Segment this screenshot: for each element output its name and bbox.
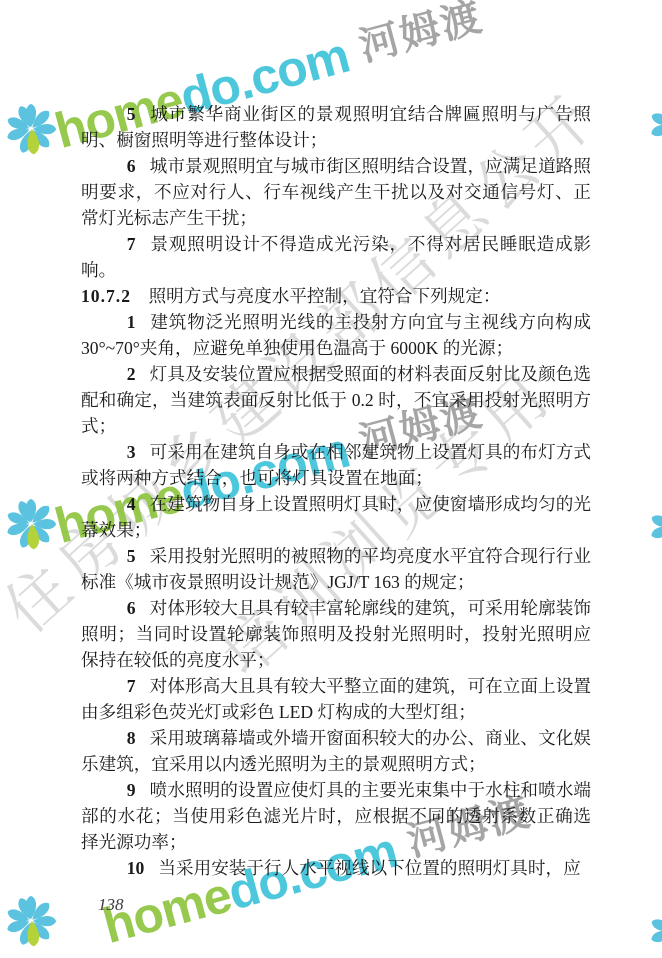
clause-number: 10.7.2: [81, 286, 131, 306]
paragraph-item-8: 8采用玻璃幕墙或外墙开窗面积较大的办公、商业、文化娱乐建筑，宜采用以内透光照明为…: [81, 725, 591, 777]
body-text: 5城市繁华商业街区的景观照明宜结合牌匾照明与广告照明、橱窗照明等进行整体设计； …: [81, 101, 591, 881]
paragraph-item-4: 4在建筑物自身上设置照明灯具时，应使窗墙形成均匀的光幕效果；: [81, 491, 591, 543]
item-text: 喷水照明的设置应使灯具的主要光束集中于水柱和喷水端部的水花；当使用彩色滤光片时，…: [81, 780, 591, 852]
item-number: 5: [127, 546, 136, 566]
item-text: 景观照明设计不得造成光污染，不得对居民睡眠造成影响。: [81, 234, 591, 280]
paragraph-clause-10-7-2: 10.7.2照明方式与亮度水平控制，宜符合下列规定：: [81, 283, 591, 309]
item-text: 对体形较大且具有较丰富轮廓线的建筑，可采用轮廓装饰照明；当同时设置轮廓装饰照明及…: [81, 598, 591, 670]
item-text: 对体形高大且具有较大平整立面的建筑，可在立面上设置由多组彩色荧光灯或彩色 LED…: [81, 676, 591, 722]
item-text: 在建筑物自身上设置照明灯具时，应使窗墙形成均匀的光幕效果；: [81, 494, 591, 540]
paragraph-item-2: 2灯具及安装位置应根据受照面的材料表面反射比及颜色选配和确定，当建筑表面反射比低…: [81, 361, 591, 439]
homedo-flower-icon: [646, 96, 662, 158]
clause-text: 照明方式与亮度水平控制，宜符合下列规定：: [149, 286, 501, 306]
page-number: 138: [98, 895, 124, 915]
item-text: 城市繁华商业街区的景观照明宜结合牌匾照明与广告照明、橱窗照明等进行整体设计；: [81, 104, 591, 150]
item-number: 10: [127, 858, 145, 878]
homedo-flower-icon: [2, 892, 60, 954]
paragraph-item-5: 5城市繁华商业街区的景观照明宜结合牌匾照明与广告照明、橱窗照明等进行整体设计；: [81, 101, 591, 153]
item-text: 采用投射光照明的被照物的平均亮度水平宜符合现行行业标准《城市夜景照明设计规范》J…: [81, 546, 591, 592]
item-text: 采用玻璃幕墙或外墙开窗面积较大的办公、商业、文化娱乐建筑，宜采用以内透光照明为主…: [81, 728, 591, 774]
homedo-flower-icon: [646, 902, 662, 958]
item-text: 灯具及安装位置应根据受照面的材料表面反射比及颜色选配和确定，当建筑表面反射比低于…: [81, 364, 591, 436]
item-number: 1: [127, 312, 136, 332]
paragraph-item-6: 6城市景观照明宜与城市街区照明结合设置，应满足道路照明要求，不应对行人、行车视线…: [81, 153, 591, 231]
paragraph-item-7: 7景观照明设计不得造成光污染，不得对居民睡眠造成影响。: [81, 231, 591, 283]
item-number: 7: [127, 234, 136, 254]
item-number: 6: [127, 156, 136, 176]
item-number: 6: [127, 598, 136, 618]
paragraph-item-3: 3可采用在建筑自身或在相邻建筑物上设置灯具的布灯方式或将两种方式结合，也可将灯具…: [81, 439, 591, 491]
homedo-watermark-cjk: 河姆渡: [355, 0, 488, 70]
item-number: 3: [127, 442, 136, 462]
document-page: 住房城乡建设部信息公开 培训浏览专用: [0, 0, 662, 958]
item-number: 8: [127, 728, 136, 748]
item-text: 城市景观照明宜与城市街区照明结合设置，应满足道路照明要求，不应对行人、行车视线产…: [81, 156, 591, 228]
paragraph-item-1: 1建筑物泛光照明光线的主投射方向宜与主视线方向构成30°~70°夹角，应避免单独…: [81, 309, 591, 361]
item-text: 可采用在建筑自身或在相邻建筑物上设置灯具的布灯方式或将两种方式结合，也可将灯具设…: [81, 442, 591, 488]
item-number: 7: [127, 676, 136, 696]
item-text: 建筑物泛光照明光线的主投射方向宜与主视线方向构成30°~70°夹角，应避免单独使…: [81, 312, 591, 358]
item-number: 2: [127, 364, 136, 384]
homedo-flower-icon: [646, 498, 662, 560]
paragraph-item-7b: 7对体形高大且具有较大平整立面的建筑，可在立面上设置由多组彩色荧光灯或彩色 LE…: [81, 673, 591, 725]
paragraph-item-10: 10当采用安装于行人水平视线以下位置的照明灯具时，应: [81, 855, 591, 881]
paragraph-item-9: 9喷水照明的设置应使灯具的主要光束集中于水柱和喷水端部的水花；当使用彩色滤光片时…: [81, 777, 591, 855]
item-number: 5: [127, 104, 136, 124]
paragraph-item-5b: 5采用投射光照明的被照物的平均亮度水平宜符合现行行业标准《城市夜景照明设计规范》…: [81, 543, 591, 595]
item-number: 4: [127, 494, 136, 514]
paragraph-item-6b: 6对体形较大且具有较丰富轮廓线的建筑，可采用轮廓装饰照明；当同时设置轮廓装饰照明…: [81, 595, 591, 673]
item-number: 9: [127, 780, 136, 800]
item-text: 当采用安装于行人水平视线以下位置的照明灯具时，应: [158, 858, 580, 878]
